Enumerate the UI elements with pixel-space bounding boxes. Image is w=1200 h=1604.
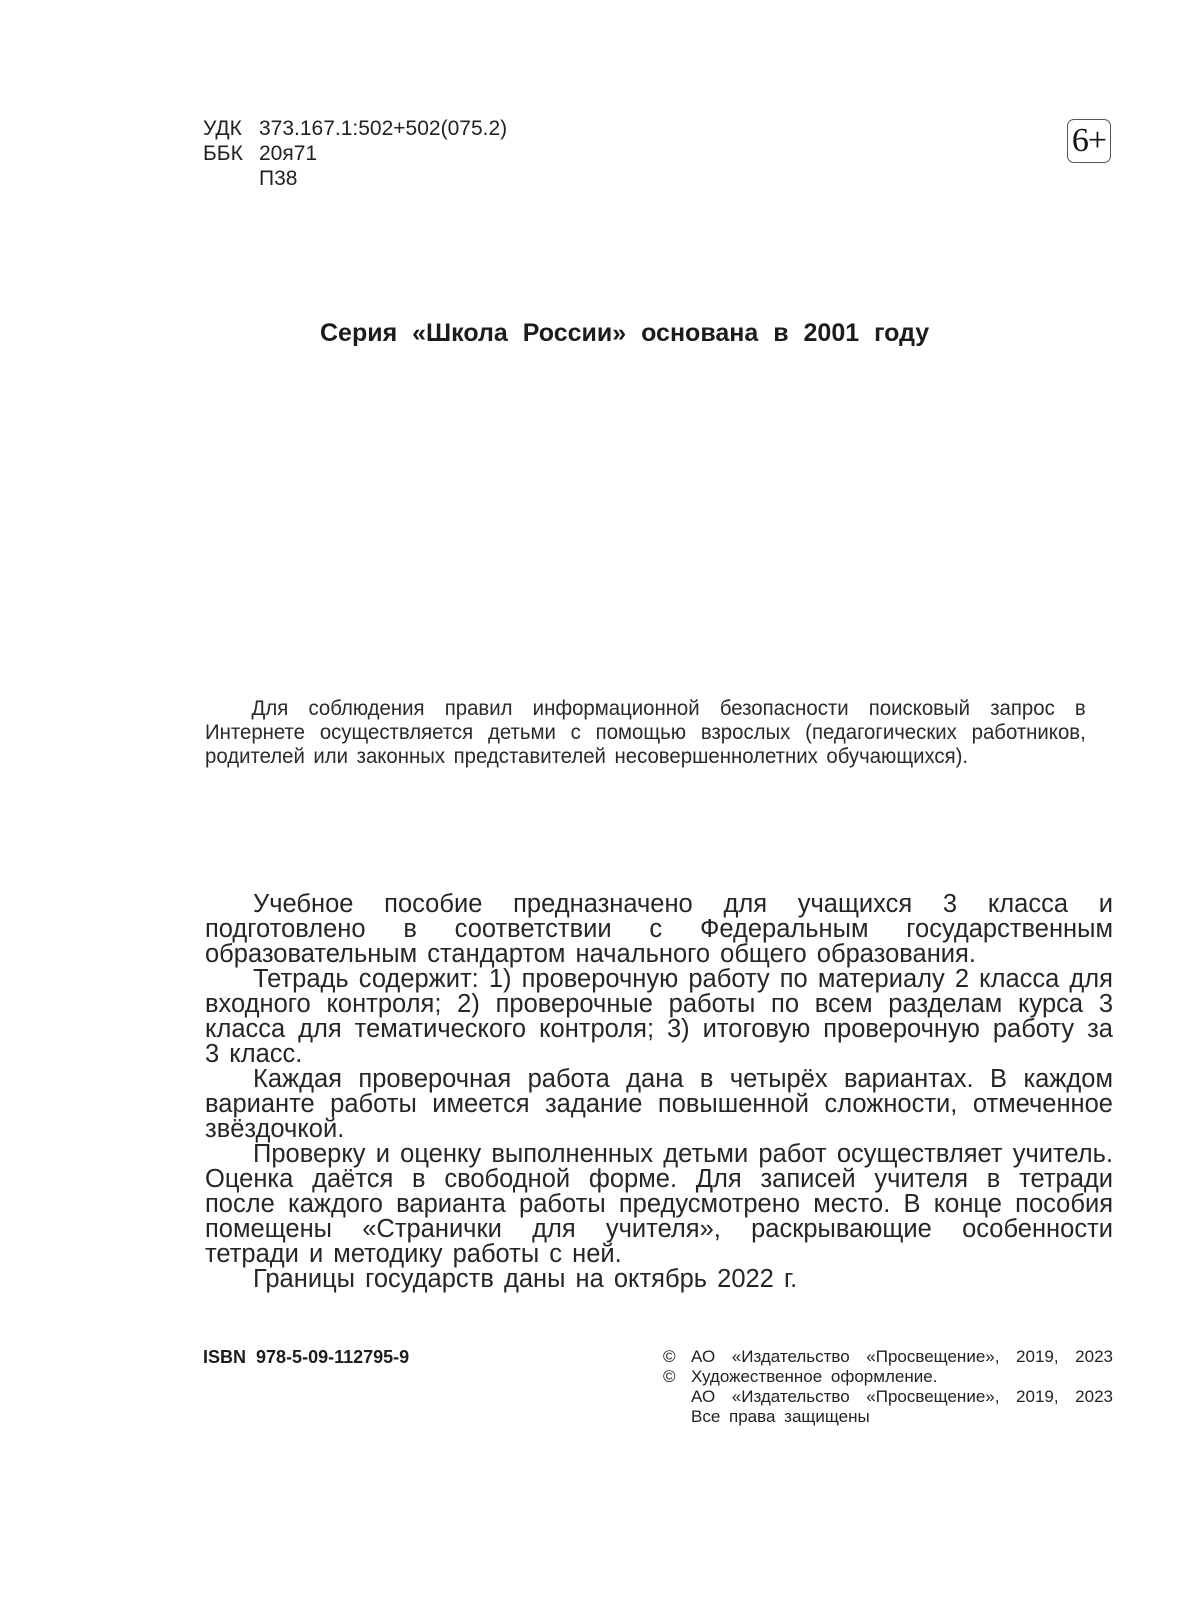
udk-value: 373.167.1:502+502(075.2) (259, 116, 507, 141)
isbn-value: 978-5-09-112795-9 (256, 1347, 409, 1367)
isbn: ISBN 978-5-09-112795-9 (203, 1347, 409, 1368)
copyright-icon: © (663, 1347, 691, 1367)
copyright-block: © АО «Издательство «Просвещение», 2019, … (663, 1347, 1113, 1427)
series-heading: Серия «Школа России» основана в 2001 год… (320, 319, 929, 348)
description: Учебное пособие предназначено для учащих… (205, 892, 1113, 1292)
copyright-design: Художественное оформление. (691, 1367, 1113, 1387)
udk-row: УДК 373.167.1:502+502(075.2) (203, 116, 507, 141)
copyright-rights: Все права защищены (691, 1407, 1113, 1427)
description-paragraph: Проверку и оценку выполненных детьми раб… (205, 1142, 1113, 1267)
copyright-icon: © (663, 1367, 691, 1387)
bbk-label: ББК (203, 141, 259, 166)
copyright-design-publisher: АО «Издательство «Просвещение», 2019, 20… (691, 1387, 1113, 1407)
description-paragraph: Тетрадь содержит: 1) проверочную работу … (205, 967, 1113, 1067)
safety-notice-text: Для соблюдения правил информационной без… (205, 697, 1086, 769)
udk-label: УДК (203, 116, 259, 141)
description-paragraph: Границы государств даны на октябрь 2022 … (205, 1267, 1113, 1292)
bbk-value: 20я71 (259, 141, 317, 166)
description-paragraph: Учебное пособие предназначено для учащих… (205, 892, 1113, 967)
description-paragraph: Каждая проверочная работа дана в четырёх… (205, 1067, 1113, 1142)
author-mark-row: П38 (203, 166, 507, 191)
catalog-codes: УДК 373.167.1:502+502(075.2) ББК 20я71 П… (203, 116, 507, 191)
author-mark: П38 (259, 166, 297, 191)
age-rating-badge: 6+ (1067, 119, 1111, 163)
isbn-label: ISBN (203, 1347, 246, 1367)
safety-notice: Для соблюдения правил информационной без… (205, 697, 1086, 769)
copyright-publisher: АО «Издательство «Просвещение», 2019, 20… (691, 1347, 1113, 1367)
bbk-row: ББК 20я71 (203, 141, 507, 166)
